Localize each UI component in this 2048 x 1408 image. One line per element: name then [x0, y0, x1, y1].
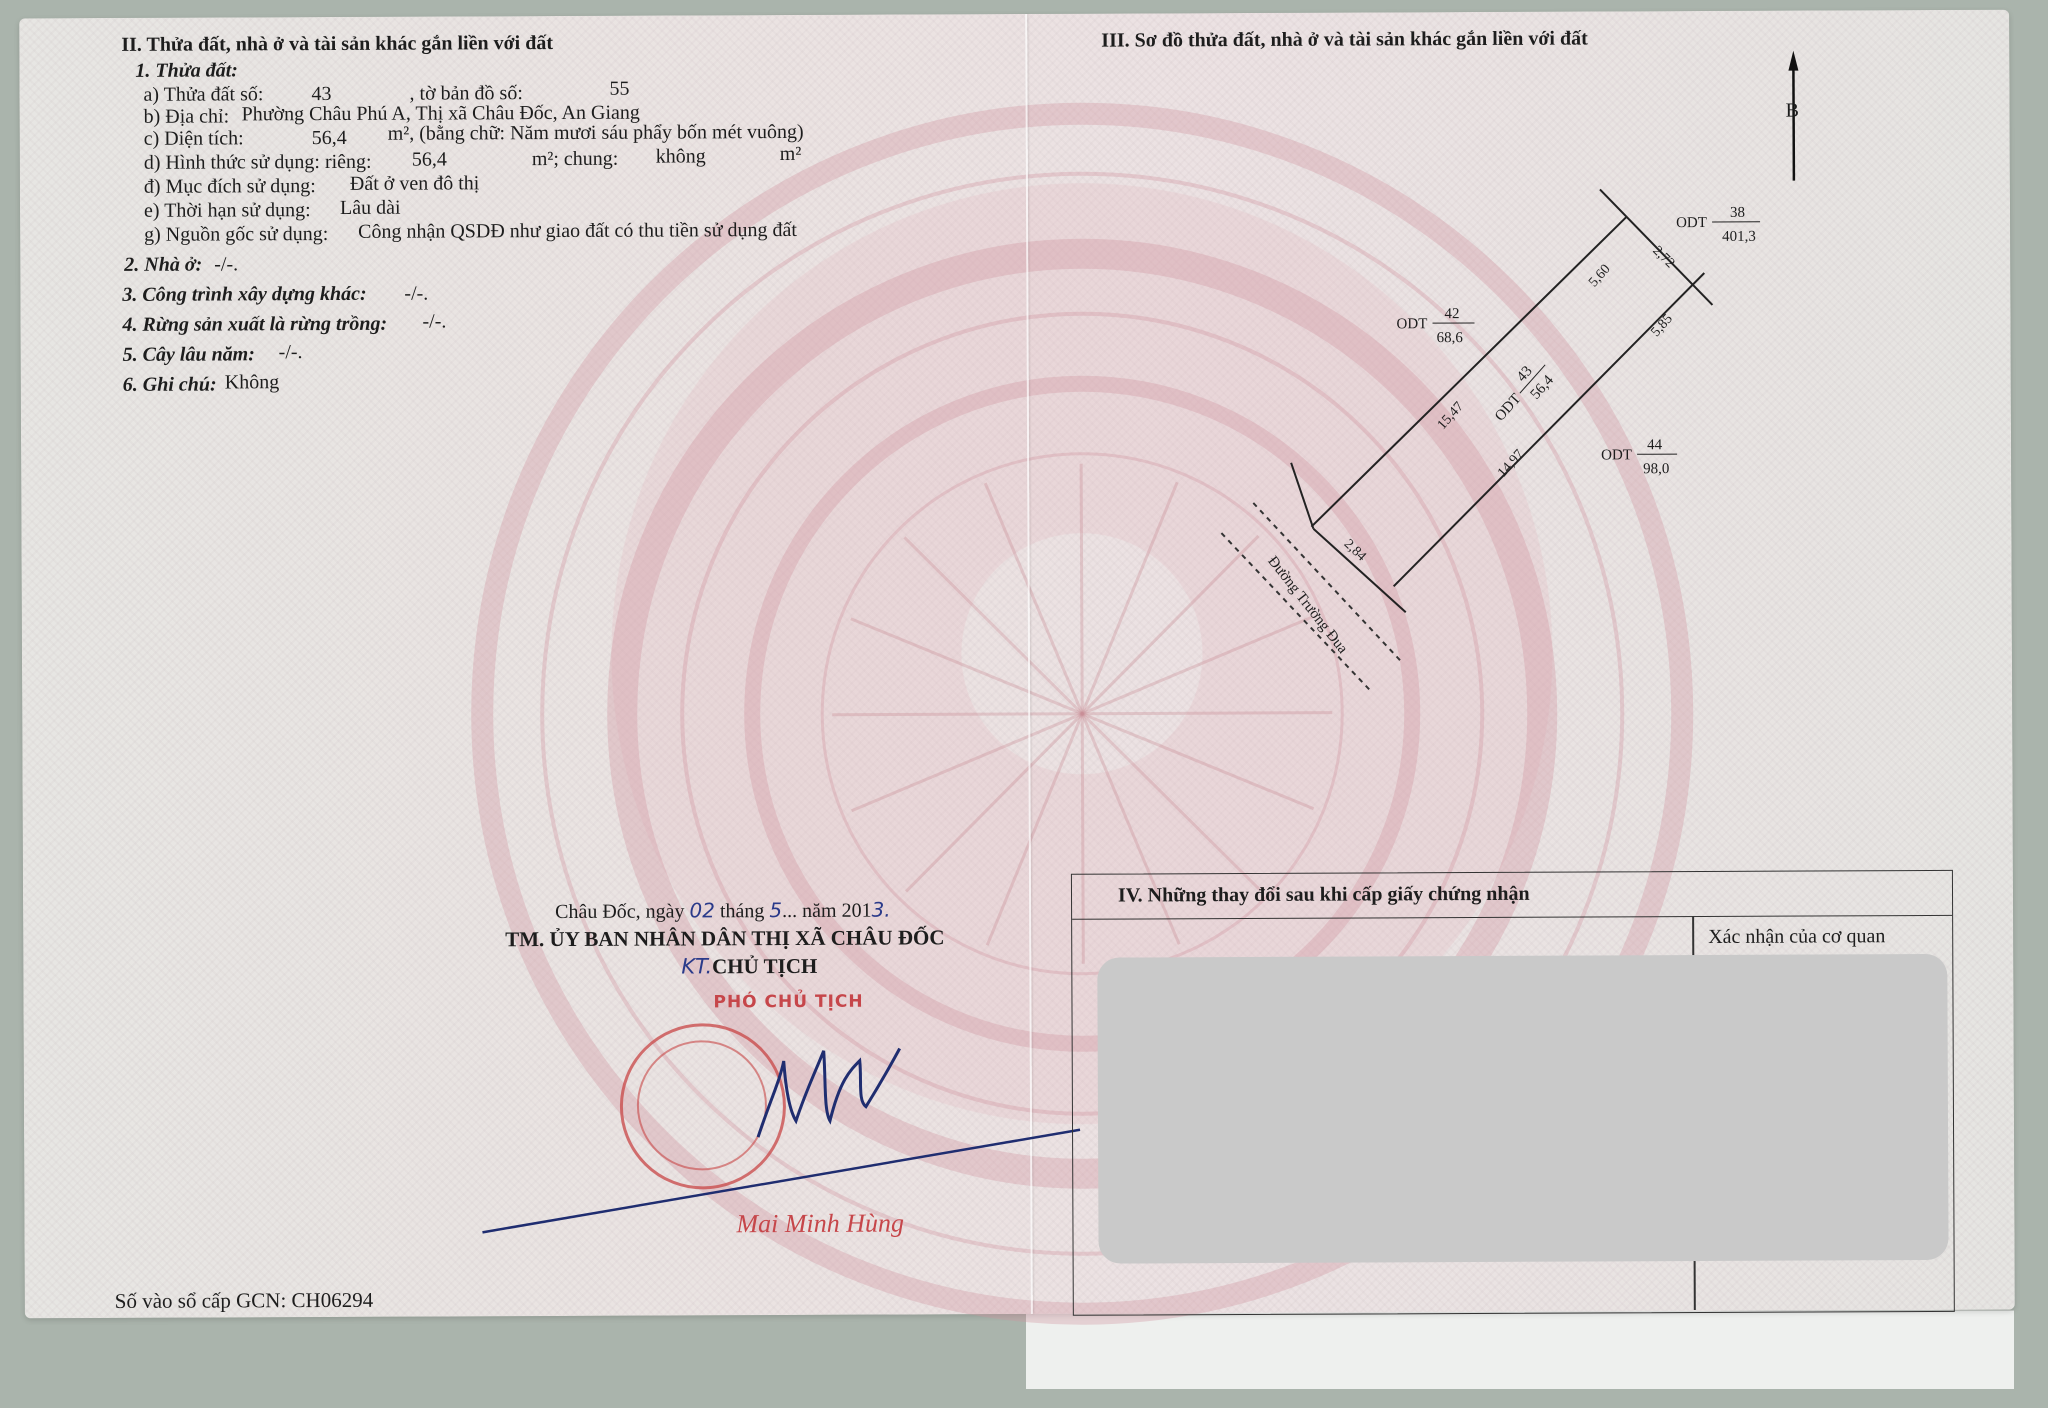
- svg-text:68,6: 68,6: [1437, 330, 1464, 346]
- parcel-38-label: ODT 38 401,3: [1676, 205, 1760, 245]
- section-4-title: IV. Những thay đổi sau khi cấp giấy chứn…: [1118, 883, 1530, 907]
- parcel-map: B ODT 38 401,3 ODT 42 68,6 ODT 43 56,4: [1079, 30, 1982, 734]
- changes-table-header-row: IV. Những thay đổi sau khi cấp giấy chứn…: [1072, 871, 1952, 920]
- signer-title-line: KT.CHỦ TỊCH: [681, 955, 817, 978]
- subsection-1-title: 1. Thửa đất:: [135, 59, 238, 81]
- dim-top-right: 5,85: [1648, 312, 1676, 340]
- perennial-trees-value: -/-.: [279, 341, 303, 364]
- area-value: 56,4: [312, 127, 347, 150]
- origin-label: g) Nguồn gốc sử dụng:: [144, 223, 328, 246]
- notes-value: Không: [225, 371, 280, 394]
- section-4-col-confirm: Xác nhận của cơ quan: [1708, 925, 1885, 948]
- dim-front: 2,84: [1341, 537, 1369, 565]
- land-use-certificate-sheet: II. Thửa đất, nhà ở và tài sản khác gắn …: [19, 10, 2015, 1319]
- planted-forest-label: 4. Rừng sản xuất là rừng trồng:: [122, 313, 387, 336]
- other-construction-label: 3. Công trình xây dựng khác:: [122, 283, 366, 306]
- svg-text:ODT: ODT: [1676, 215, 1707, 231]
- purpose-label: đ) Mục đích sử dụng:: [144, 175, 316, 198]
- svg-text:43: 43: [1514, 363, 1536, 385]
- svg-text:38: 38: [1730, 205, 1745, 221]
- purpose-value: Đất ở ven đô thị: [350, 172, 480, 196]
- underlying-paper-strip: [1026, 1310, 2014, 1389]
- perennial-trees-label: 5. Cây lâu năm:: [123, 343, 255, 366]
- center-fold: [1025, 14, 1033, 1314]
- term-label: e) Thời hạn sử dụng:: [144, 199, 311, 222]
- parcel-44-label: ODT 44 98,0: [1601, 437, 1677, 477]
- sign-year-label: ... năm 201: [782, 900, 872, 922]
- map-sheet-value: 55: [609, 78, 629, 101]
- svg-text:ODT: ODT: [1396, 316, 1427, 332]
- sign-place-date: Châu Đốc, ngày: [555, 900, 685, 923]
- usage-private-value: 56,4: [412, 148, 447, 171]
- dim-top-left: 5,60: [1586, 262, 1614, 290]
- area-in-words: m², (bằng chữ: Năm mươi sáu phẩy bốn mét…: [388, 121, 804, 146]
- usage-common-label: m²; chung:: [532, 148, 619, 171]
- svg-text:401,3: 401,3: [1722, 229, 1756, 245]
- signer-name: Mai Minh Hùng: [736, 1212, 904, 1235]
- notes-label: 6. Ghi chú:: [123, 373, 217, 395]
- redacted-region: [1097, 954, 1948, 1264]
- term-value: Lâu dài: [340, 197, 401, 220]
- signer-title: CHỦ TỊCH: [712, 954, 817, 978]
- svg-text:ODT: ODT: [1601, 447, 1632, 463]
- sign-month: 5: [769, 898, 782, 922]
- origin-value: Công nhận QSDĐ như giao đất có thu tiền …: [358, 219, 797, 244]
- planted-forest-value: -/-.: [422, 310, 446, 333]
- parcel-42-label: ODT 42 68,6: [1396, 306, 1474, 346]
- north-label: B: [1786, 100, 1799, 122]
- dim-right-side: 14,97: [1495, 447, 1527, 480]
- dim-left-side: 15,47: [1435, 399, 1467, 432]
- registry-number: Số vào sổ cấp GCN: CH06294: [115, 1289, 374, 1312]
- section-2-title: II. Thửa đất, nhà ở và tài sản khác gắn …: [121, 32, 553, 56]
- parcel-43-label: ODT 43 56,4: [1485, 354, 1561, 433]
- svg-text:98,0: 98,0: [1643, 461, 1669, 477]
- svg-text:44: 44: [1647, 437, 1663, 453]
- svg-text:ODT: ODT: [1492, 391, 1524, 425]
- house-value: -/-.: [214, 253, 238, 276]
- usage-common-value: không: [656, 145, 706, 168]
- other-construction-value: -/-.: [404, 283, 428, 306]
- area-label: c) Diện tích:: [144, 127, 244, 149]
- usage-common-unit: m²: [780, 143, 802, 166]
- svg-text:42: 42: [1444, 306, 1459, 322]
- road-name: Đường Trường Đua: [1264, 553, 1350, 656]
- sign-day: 02: [689, 898, 715, 922]
- deputy-title: PHÓ CHỦ TỊCH: [713, 991, 863, 1014]
- dim-top-end: 2,72: [1649, 243, 1677, 271]
- house-label: 2. Nhà ở:: [124, 254, 202, 276]
- sign-month-label: tháng: [720, 900, 765, 922]
- address-label: b) Địa chỉ:: [144, 105, 230, 127]
- sign-date-line: Châu Đốc, ngày 02 tháng 5... năm 2013.: [555, 899, 891, 923]
- issuing-authority: TM. ỦY BAN NHÂN DÂN THỊ XÃ CHÂU ĐỐC: [505, 926, 944, 950]
- sign-kt: KT.: [681, 954, 712, 978]
- sign-year-last: 3.: [872, 898, 891, 922]
- usage-form-label: d) Hình thức sử dụng: riêng:: [144, 151, 372, 174]
